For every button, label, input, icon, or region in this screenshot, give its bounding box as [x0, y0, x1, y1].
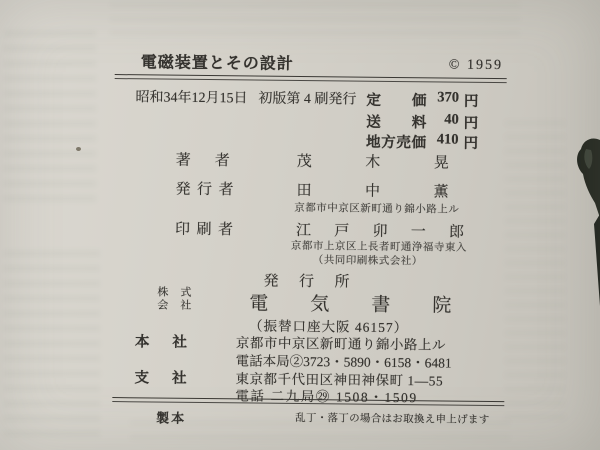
printer-company-note: （共同印刷株式会社） — [313, 252, 423, 268]
corp-prefix-line1: 株式 — [157, 287, 191, 300]
price-unit: 円 — [464, 90, 479, 111]
dark-clip-object — [570, 136, 600, 308]
person-name: 田中薫 — [296, 179, 448, 202]
credit-role-author: 著者 — [176, 149, 230, 171]
price-label: 地方売価 — [366, 131, 426, 153]
credit-name-author: 茂木晃 — [297, 150, 449, 173]
credit-name-publisher: 田中薫 — [296, 179, 448, 202]
role-label: 印刷者 — [175, 218, 233, 240]
page-title: 電磁装置とその設計 — [141, 49, 294, 74]
price-amount: 410 — [426, 131, 459, 152]
binding-label: 製本 — [156, 408, 186, 427]
price-row-shipping: 送料 40 円 — [366, 111, 478, 133]
price-label: 送料 — [366, 111, 426, 133]
role-label: 発行者 — [175, 178, 233, 200]
person-name: 茂木晃 — [297, 150, 449, 173]
book-colophon-photo: 電磁装置とその設計 © 1959 昭和34年12月15日 初版第 4 刷発行 定… — [0, 0, 600, 450]
price-amount: 40 — [426, 111, 459, 132]
corporation-prefix: 株式 会社 — [157, 287, 191, 312]
price-unit: 円 — [464, 112, 479, 133]
credit-role-printer: 印刷者 — [175, 218, 233, 240]
price-row-list: 定価 370 円 — [366, 89, 478, 111]
publisher-person-address: 京都市中京区新町通り錦小路上ル — [294, 200, 459, 217]
edition-printing: 初版第 4 刷発行 — [258, 88, 356, 109]
copyright-year: © 1959 — [449, 58, 503, 75]
company-name: 電気書院 — [249, 288, 451, 317]
role-label: 著者 — [176, 149, 230, 171]
credit-role-publisher: 発行者 — [175, 178, 233, 200]
office-label-text: 支社 — [134, 366, 186, 388]
corp-prefix-line2: 会社 — [157, 299, 191, 312]
price-label: 定価 — [366, 89, 426, 111]
edition-date: 昭和34年12月15日 — [135, 86, 247, 107]
branch-office-label: 支社 — [134, 366, 186, 388]
price-amount: 370 — [426, 89, 459, 110]
colophon-page: 電磁装置とその設計 © 1959 昭和34年12月15日 初版第 4 刷発行 定… — [0, 0, 600, 450]
head-office-label: 本社 — [135, 330, 187, 352]
price-unit: 円 — [463, 132, 478, 153]
header-rule — [115, 74, 507, 83]
office-label-text: 本社 — [135, 330, 187, 352]
price-row-regional: 地方売価 410 円 — [366, 131, 478, 153]
publishing-house-name: 電気書院 — [249, 288, 451, 317]
replacement-note: 乱丁・落丁の場合はお取換え申上げます — [295, 410, 490, 427]
